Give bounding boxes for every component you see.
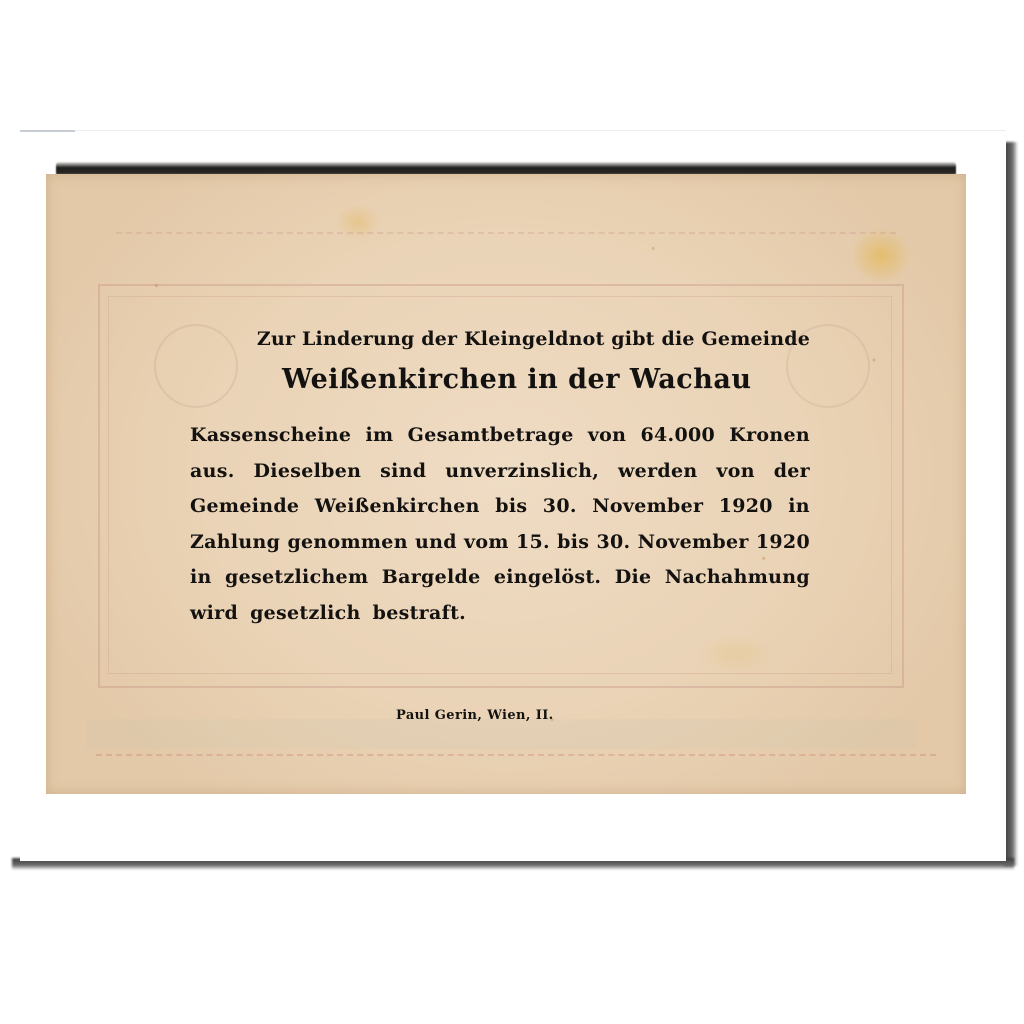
body-word: eingelöst. [494, 560, 601, 596]
body-word: Kronen [729, 418, 810, 454]
body-word: 64.000 [641, 418, 716, 454]
body-word: 1920 [719, 489, 773, 525]
body-word: 1920 [756, 525, 810, 561]
body-word: Gesamtbetrage [408, 418, 574, 454]
body-word: von [588, 418, 626, 454]
body-word: November [638, 525, 749, 561]
body-word: bestraft. [373, 596, 466, 632]
body-word: in [788, 489, 810, 525]
body-word: Zahlung [190, 525, 280, 561]
body-word: werden [618, 454, 697, 490]
body-word: Weißenkirchen [315, 489, 480, 525]
body-word: bis [495, 489, 527, 525]
showthrough-band-bottom [86, 719, 916, 749]
body-word: von [716, 454, 754, 490]
body-word: Bargelde [382, 560, 481, 596]
body-word: in [190, 560, 212, 596]
body-word: Kassenscheine [190, 418, 351, 454]
showthrough-line-bottom [96, 754, 936, 756]
body-word: Dieselben [254, 454, 362, 490]
body-word: gesetzlich [250, 596, 361, 632]
board-shadow-right [1004, 142, 1018, 866]
body-word: im [366, 418, 394, 454]
body-word: unverzinslich, [445, 454, 599, 490]
body-line: wirdgesetzlichbestraft. [190, 596, 810, 632]
body-word: genommen [287, 525, 407, 561]
board-edge-mark [20, 130, 75, 132]
body-word: 30. [596, 525, 630, 561]
banknote-reverse: Zur Linderung der Kleingeldnot gibt die … [46, 174, 966, 794]
body-line: aus.Dieselbensindunverzinslich,werdenvon… [190, 454, 810, 490]
body-word: Die [615, 560, 652, 596]
body-word: Gemeinde [190, 489, 299, 525]
body-word: gesetzlichem [225, 560, 368, 596]
printed-text-block: Zur Linderung der Kleingeldnot gibt die … [190, 324, 810, 631]
printer-imprint: Paul Gerin, Wien, II. [396, 708, 554, 723]
body-word: bis [557, 525, 589, 561]
body-word: 15. [516, 525, 550, 561]
body-word: aus. [190, 454, 235, 490]
body-line: Zahlunggenommenundvom15.bis30.November19… [190, 525, 810, 561]
body-word: wird [190, 596, 238, 632]
body-line: KassenscheineimGesamtbetragevon64.000Kro… [190, 418, 810, 454]
town-name-heading: Weißenkirchen in der Wachau [282, 360, 810, 400]
body-word: sind [380, 454, 426, 490]
body-line: GemeindeWeißenkirchenbis30.November1920i… [190, 489, 810, 525]
body-word: der [774, 454, 810, 490]
body-word: 30. [543, 489, 577, 525]
body-word: November [592, 489, 703, 525]
body-line: ingesetzlichemBargeldeeingelöst.DieNacha… [190, 560, 810, 596]
scan-stage: Zur Linderung der Kleingeldnot gibt die … [0, 0, 1024, 1024]
body-word: und [415, 525, 457, 561]
showthrough-line-top [116, 232, 896, 234]
body-text: KassenscheineimGesamtbetragevon64.000Kro… [190, 418, 810, 631]
body-word: vom [464, 525, 509, 561]
body-word: Nachahmung [665, 560, 810, 596]
intro-line: Zur Linderung der Kleingeldnot gibt die … [190, 324, 810, 354]
